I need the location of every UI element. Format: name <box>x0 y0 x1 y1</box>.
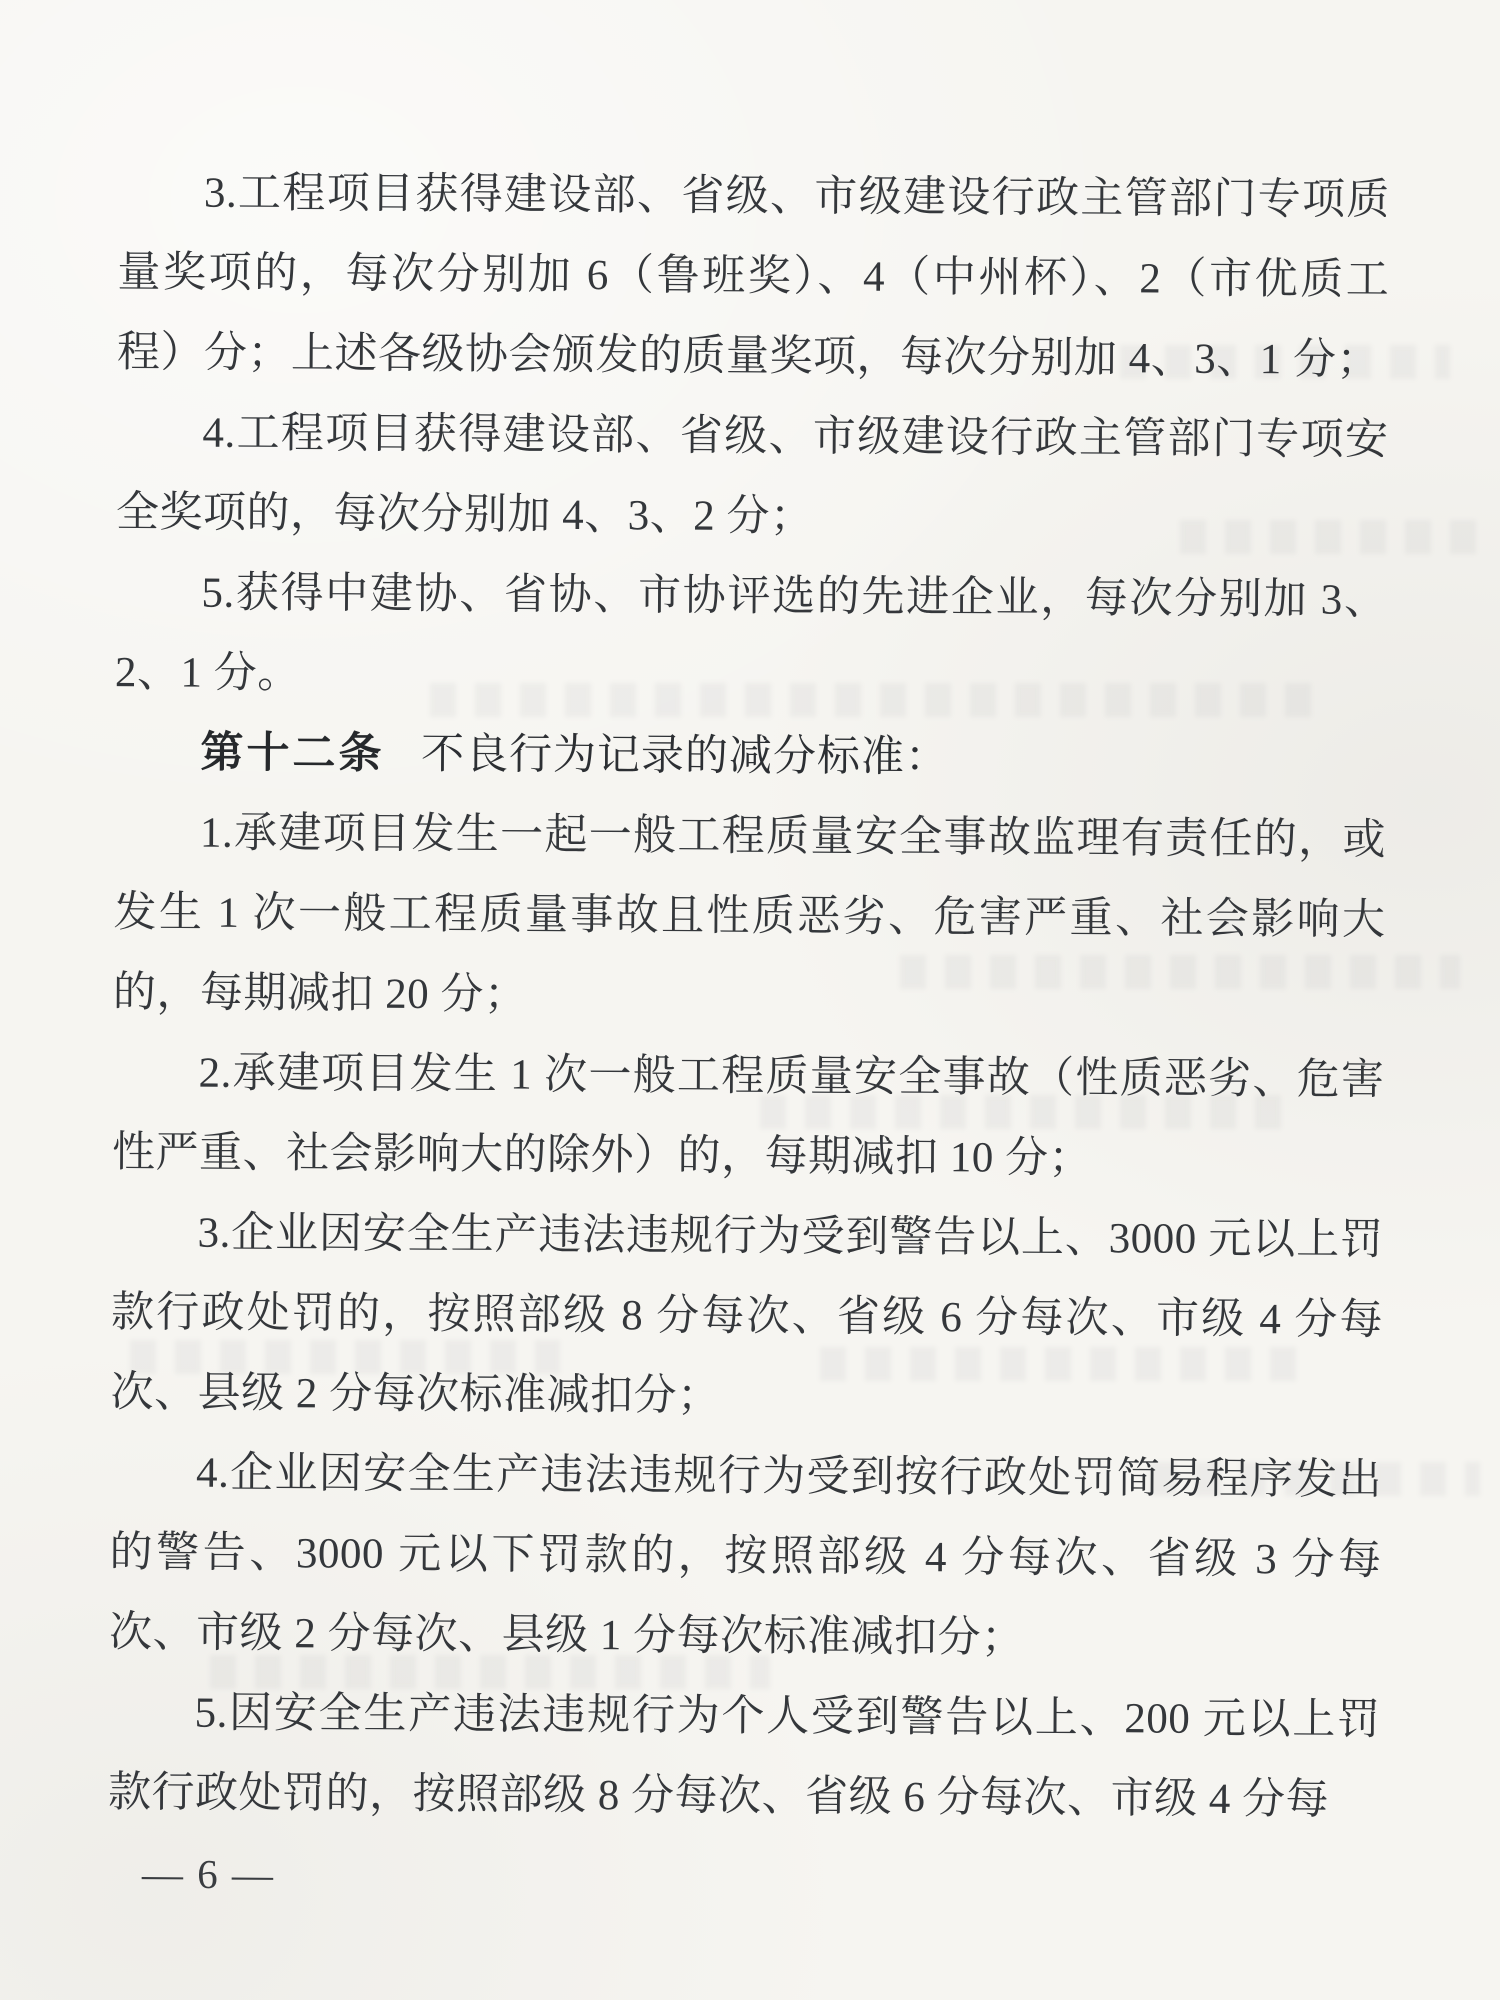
paragraph-deduction-item-3: 3.企业因安全生产违法违规行为受到警告以上、3000 元以上罚款行政处罚的，按照… <box>110 1193 1383 1441</box>
paragraph-deduction-item-5: 5.因安全生产违法违规行为个人受到警告以上、200 元以上罚款行政处罚的，按照部… <box>108 1673 1381 1841</box>
paragraph-deduction-item-1: 1.承建项目发生一起一般工程质量安全事故监理有责任的，或发生 1 次一般工程质量… <box>113 793 1386 1041</box>
article-number: 第十二条 <box>200 730 384 778</box>
paragraph-deduction-item-2: 2.承建项目发生 1 次一般工程质量安全事故（性质恶劣、危害性严重、社会影响大的… <box>112 1033 1385 1201</box>
article-12-heading: 第十二条不良行为记录的减分标准： <box>114 713 1386 801</box>
paragraph-advanced-enterprise: 5.获得中建协、省协、市协评选的先进企业，每次分别加 3、2、1 分。 <box>115 553 1388 721</box>
paragraph-deduction-item-4: 4.企业因安全生产违法违规行为受到按行政处罚简易程序发出的警告、3000 元以下… <box>109 1433 1382 1681</box>
paragraph-safety-awards: 4.工程项目获得建设部、省级、市级建设行政主管部门专项安全奖项的，每次分别加 4… <box>116 393 1389 561</box>
page-number: — 6 — <box>142 1852 275 1897</box>
paragraph-quality-awards: 3.工程项目获得建设部、省级、市级建设行政主管部门专项质量奖项的，每次分别加 6… <box>117 153 1390 401</box>
scanned-document-page: { "document": { "page_number": "— 6 —", … <box>0 0 1500 2000</box>
article-title: 不良行为记录的减分标准： <box>421 731 949 781</box>
document-body-text: 3.工程项目获得建设部、省级、市级建设行政主管部门专项质量奖项的，每次分别加 6… <box>108 153 1390 1841</box>
